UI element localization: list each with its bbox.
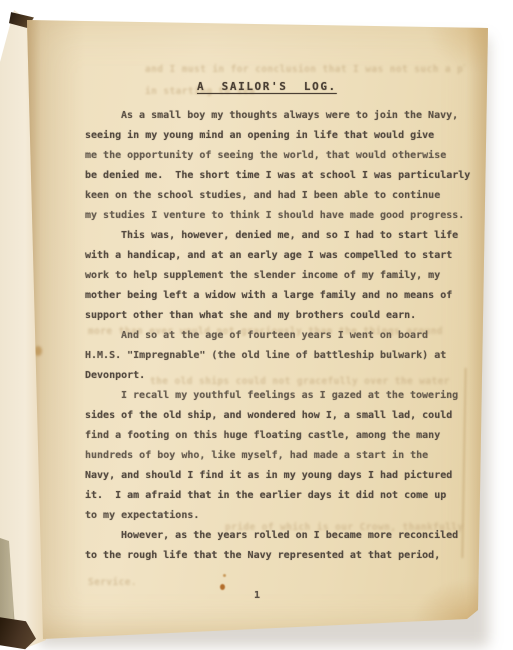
typed-line: This was, however, denied me, and so I h… xyxy=(85,226,477,246)
page-title: A SAILOR'S LOG. xyxy=(197,80,337,93)
typed-text-column: As a small boy my thoughts always were t… xyxy=(85,106,477,566)
manuscript-page: and I must in for conclusion that I was … xyxy=(27,18,489,642)
typed-line: be denied me. The short time I was at sc… xyxy=(85,166,477,186)
typed-line: work to help supplement the slender inco… xyxy=(85,266,477,286)
typed-line: it. I am afraid that in the earlier days… xyxy=(85,486,477,506)
typed-line: support other than what she and my broth… xyxy=(85,306,477,326)
typed-line: I recall my youthful feelings as I gazed… xyxy=(85,386,477,406)
typed-line: H.M.S. "Impregnable" (the old line of ba… xyxy=(85,346,477,366)
typed-line: to my expectations. xyxy=(85,506,477,526)
typed-line: my studies I venture to think I should h… xyxy=(85,206,477,226)
typed-line: me the opportunity of seeing the world, … xyxy=(85,146,477,166)
typed-line: with a handicap, and at an early age I w… xyxy=(85,246,477,266)
rust-speck xyxy=(220,584,225,590)
typed-line: As a small boy my thoughts always were t… xyxy=(85,106,477,126)
typed-line: keen on the school studies, and had I be… xyxy=(85,186,477,206)
typed-line: However, as the years rolled on I became… xyxy=(85,526,477,546)
bleed-through-text: and I must in for conclusion that I was … xyxy=(145,64,465,75)
typed-line: And so at the age of fourteen years I we… xyxy=(85,326,477,346)
typed-line: sides of the old ship, and wondered how … xyxy=(85,406,477,426)
typed-line: seeing in my young mind an opening in li… xyxy=(85,126,477,146)
page-number: 1 xyxy=(227,590,287,601)
typed-line: mother being left a widow with a large f… xyxy=(85,286,477,306)
typed-line: Devonport. xyxy=(85,366,477,386)
typed-line: Navy, and should I find it as in my youn… xyxy=(85,466,477,486)
typed-line: to the rough life that the Navy represen… xyxy=(85,546,477,566)
bleed-through-text: Service. xyxy=(88,577,168,588)
typed-line: hundreds of boy who, like myself, had ma… xyxy=(85,446,477,466)
book-photo: and I must in for conclusion that I was … xyxy=(0,0,513,650)
rust-speck xyxy=(223,574,226,577)
typed-line: find a footing on this huge floating cas… xyxy=(85,426,477,446)
